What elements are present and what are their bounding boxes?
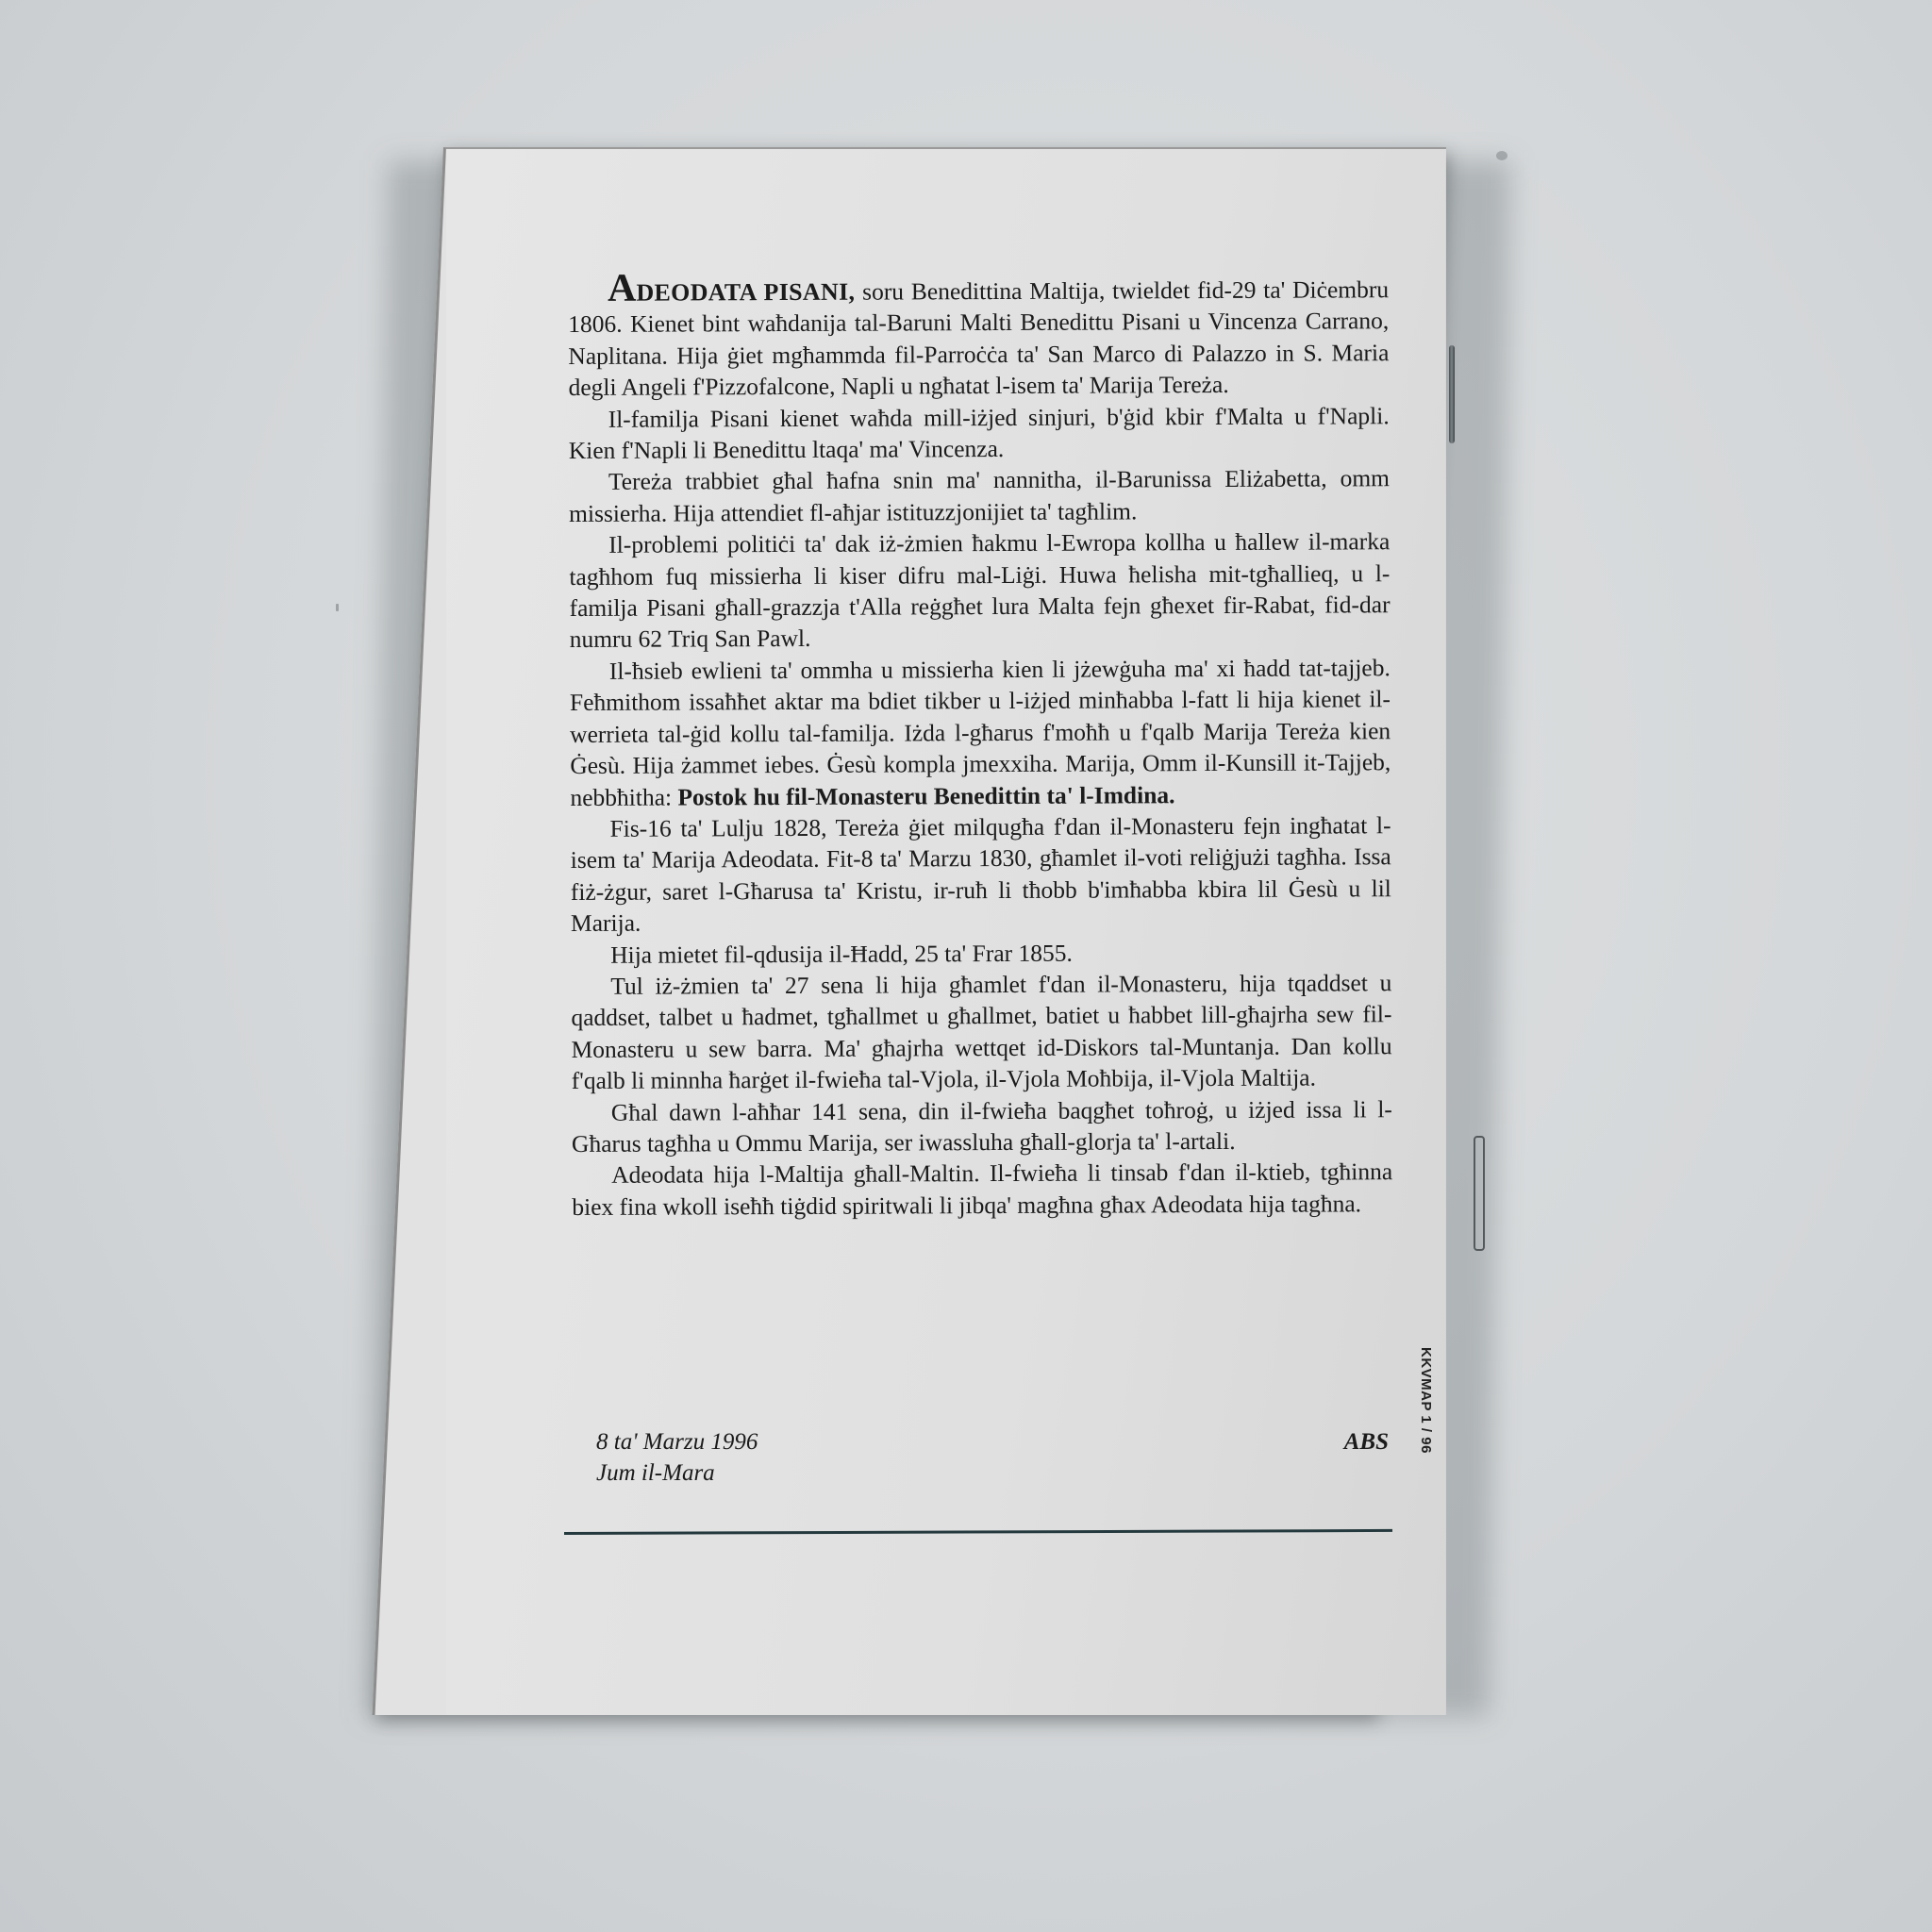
dropcap: A [608,267,637,310]
background-speck [1496,151,1507,160]
paragraph: Tul iż-żmien ta' 27 sena li hija għamlet… [571,967,1392,1096]
paragraph: Hija mietet fil-qdusija il-Ħadd, 25 ta' … [571,936,1391,971]
staple-top [1449,345,1455,443]
staple-bottom [1474,1136,1485,1251]
bold-quote: Postok hu fil-Monasteru Benedittin ta' l… [677,781,1174,810]
paragraph: Għal dawn l-aħħar 141 sena, din il-fwieħ… [572,1093,1392,1160]
background-speck [336,604,339,611]
signoff-date: 8 ta' Marzu 1996 [596,1426,1389,1457]
paragraph: Il-familja Pisani kienet waħda mill-iżje… [569,400,1390,467]
subject-name: DEODATA PISANI, [636,278,855,307]
signoff-occasion: Jum il-Mara [596,1457,1389,1489]
paragraph: Il-problemi politiċi ta' dak iż-żmien ħa… [569,525,1391,655]
author-initials: ABS [1344,1426,1389,1457]
paragraph: Il-ħsieb ewlieni ta' ommha u missierha k… [570,652,1391,813]
paragraph: Adeodata hija l-Maltija għall-Maltin. Il… [572,1157,1392,1224]
print-code: KKVMAP 1 / 96 [1418,1347,1434,1454]
paragraph: Fis-16 ta' Lulju 1828, Tereża ġiet milqu… [570,809,1391,939]
paragraph-intro: ADEODATA PISANI, soru Benedittina Maltij… [568,270,1390,403]
biography-text: ADEODATA PISANI, soru Benedittina Maltij… [568,270,1392,1223]
paragraph: Tereża trabbiet għal ħafna snin ma' nann… [569,463,1390,530]
signoff: 8 ta' Marzu 1996 Jum il-Mara ABS [596,1426,1389,1489]
